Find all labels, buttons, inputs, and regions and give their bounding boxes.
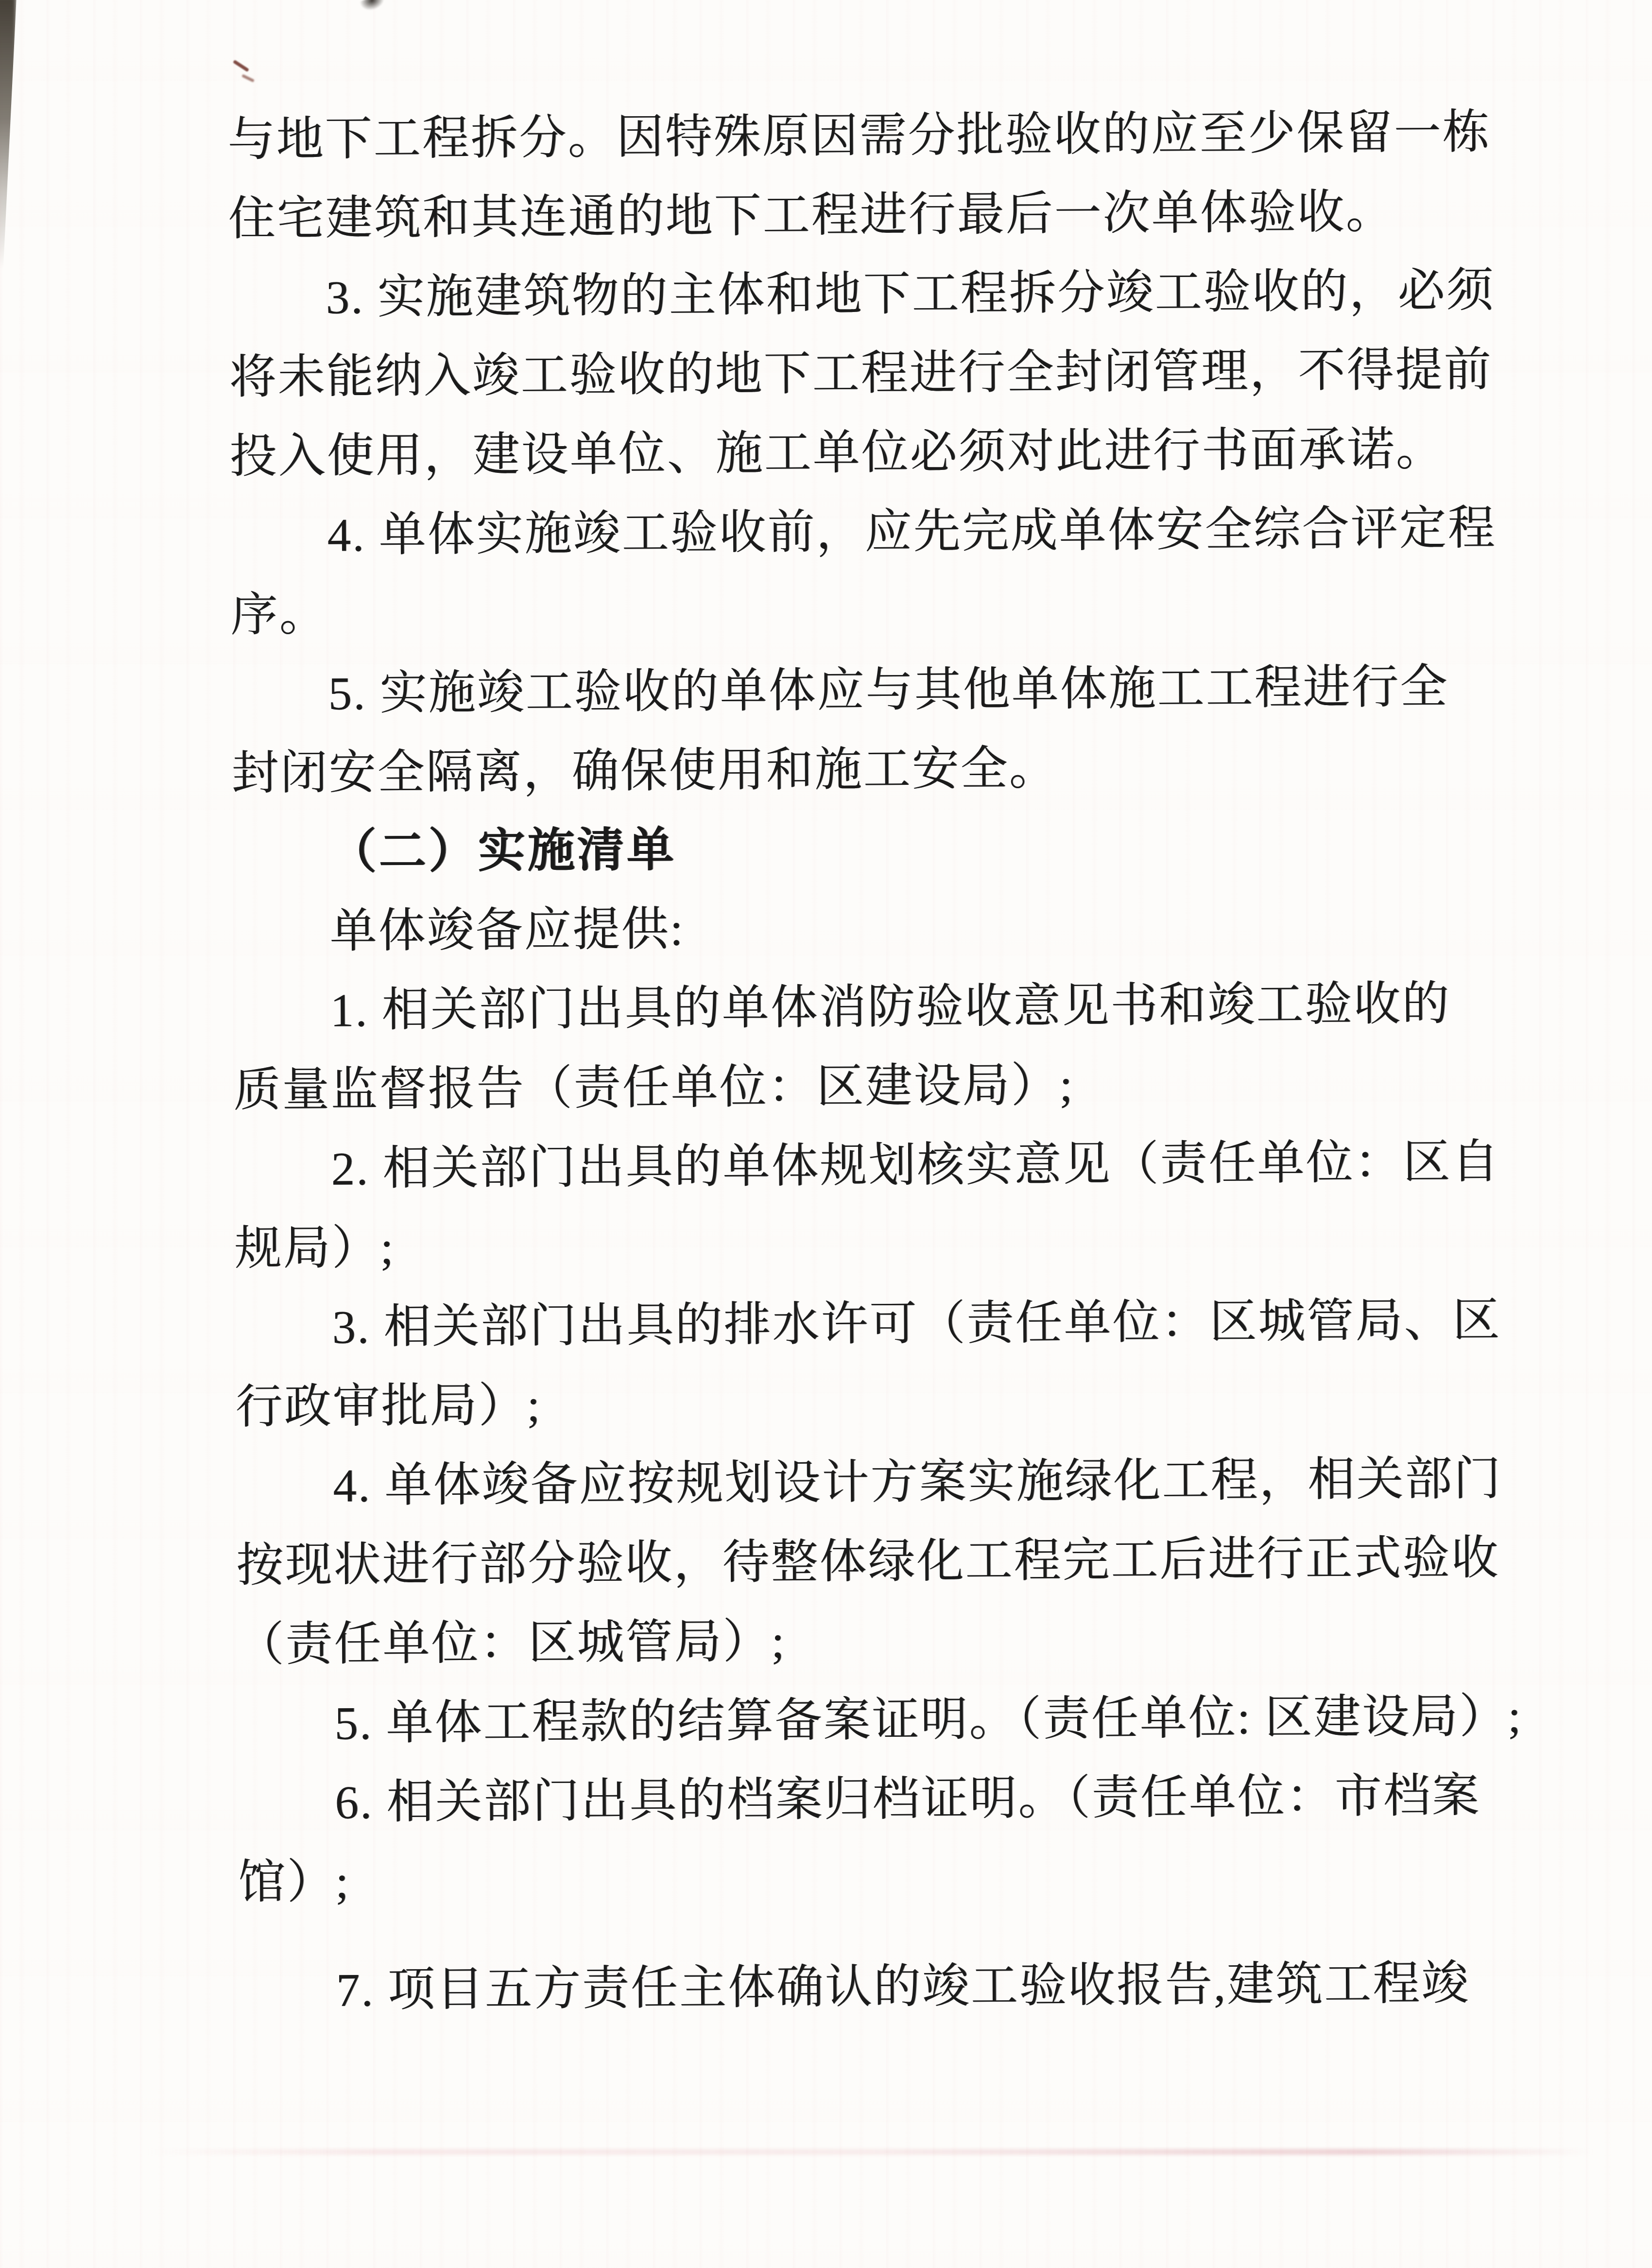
text-line: 按现状进行部分验收，待整体绿化工程完工后进行正式验收	[236, 1518, 1579, 1605]
text-line: 2. 相关部门出具的单体规划核实意见（责任单位：区自	[234, 1122, 1576, 1209]
scan-speck-artifact	[359, 0, 387, 14]
text-line: 住宅建筑和其连通的地下工程进行最后一次单体验收。	[228, 171, 1570, 259]
text-line: 序。	[230, 567, 1573, 655]
scan-smudge-artifact	[146, 2149, 1594, 2155]
text-line: 6. 相关部门出具的档案归档证明。（责任单位：市档案	[238, 1755, 1580, 1843]
text-line: 与地下工程拆分。因特殊原因需分批验收的应至少保留一栋	[227, 92, 1570, 179]
text-line: 规局）;	[234, 1201, 1577, 1288]
text-line: 1. 相关部门出具的单体消防验收意见书和竣工验收的	[233, 963, 1575, 1051]
red-scratch-artifact	[241, 74, 255, 82]
scanned-page: 与地下工程拆分。因特殊原因需分批验收的应至少保留一栋住宅建筑和其连通的地下工程进…	[0, 0, 1652, 2268]
red-scratch-artifact	[233, 60, 249, 72]
text-line: 5. 单体工程款的结算备案证明。（责任单位: 区建设局）;	[237, 1676, 1580, 1764]
text-line: 馆）;	[238, 1835, 1581, 1922]
text-line: 单体竣备应提供:	[232, 884, 1575, 971]
text-line: 将未能纳入竣工验收的地下工程进行全封闭管理，不得提前	[229, 329, 1571, 417]
text-line: 7. 项目五方责任主体确认的竣工验收报告,建筑工程竣	[239, 1943, 1581, 2030]
text-line: 行政审批局）;	[235, 1359, 1578, 1447]
text-line: 质量监督报告（责任单位：区建设局）;	[233, 1042, 1576, 1130]
text-line: 4. 单体实施竣工验收前，应先完成单体安全综合评定程	[230, 488, 1572, 575]
text-line: 3. 相关部门出具的排水许可（责任单位：区城管局、区	[235, 1280, 1577, 1368]
text-line: 5. 实施竣工验收的单体应与其他单体施工工程进行全	[231, 646, 1573, 734]
text-line: 投入使用，建设单位、施工单位必须对此进行书面承诺。	[229, 409, 1572, 496]
text-line: 4. 单体竣备应按规划设计方案实施绿化工程，相关部门	[236, 1438, 1578, 1526]
text-line: 3. 实施建筑物的主体和地下工程拆分竣工验收的，必须	[228, 250, 1571, 338]
section-heading: （二）实施清单	[232, 805, 1574, 892]
text-line: 封闭安全隔离，确保使用和施工安全。	[231, 726, 1574, 813]
scanner-edge-artifact	[0, 0, 17, 268]
text-line: （责任单位：区城管局）;	[237, 1597, 1579, 1684]
document-body: 与地下工程拆分。因特殊原因需分批验收的应至少保留一栋住宅建筑和其连通的地下工程进…	[227, 92, 1581, 2030]
